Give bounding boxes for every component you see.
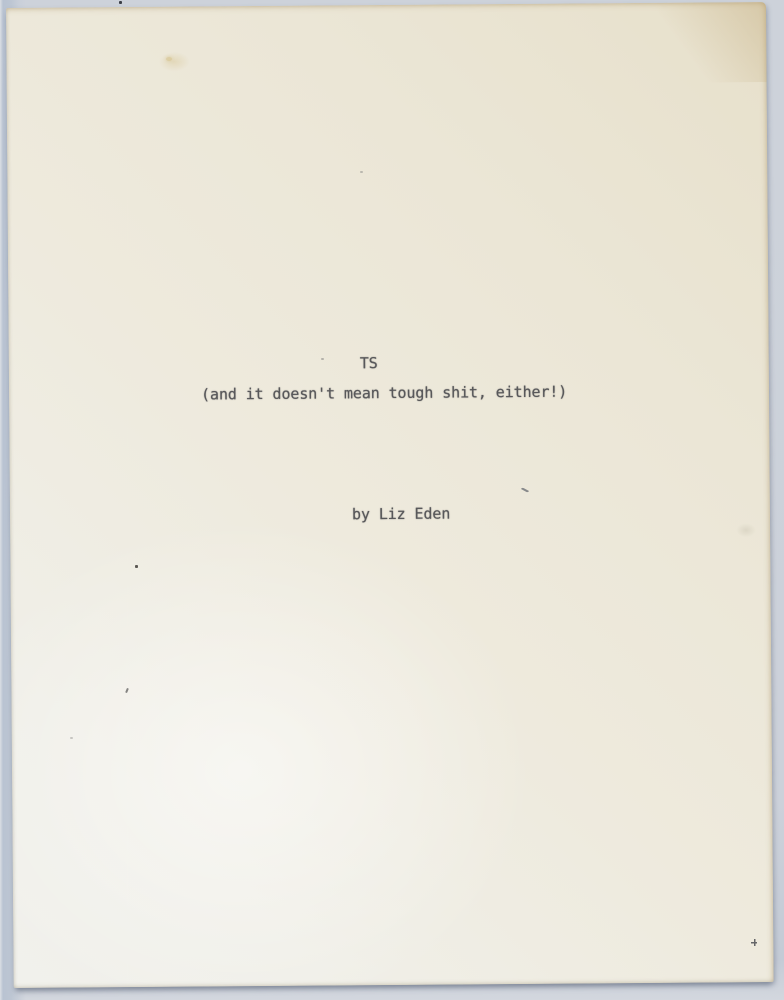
manuscript-subtitle: (and it doesn't mean tough shit, either!…	[201, 383, 567, 404]
dust-speck	[119, 1, 122, 4]
manuscript-byline: by Liz Eden	[352, 505, 450, 524]
paper-corner-shading	[636, 2, 767, 83]
manuscript-title-page: TS (and it doesn't mean tough shit, eith…	[6, 2, 774, 988]
stray-ink-mark	[751, 939, 757, 946]
paper-speck	[70, 737, 73, 739]
photo-backdrop: TS (and it doesn't mean tough shit, eith…	[0, 0, 784, 1000]
manuscript-title: TS	[360, 354, 378, 372]
paper-stain	[166, 57, 172, 61]
paper-speck	[321, 358, 324, 360]
paper-speck	[360, 171, 363, 173]
paper-speck	[135, 565, 138, 568]
